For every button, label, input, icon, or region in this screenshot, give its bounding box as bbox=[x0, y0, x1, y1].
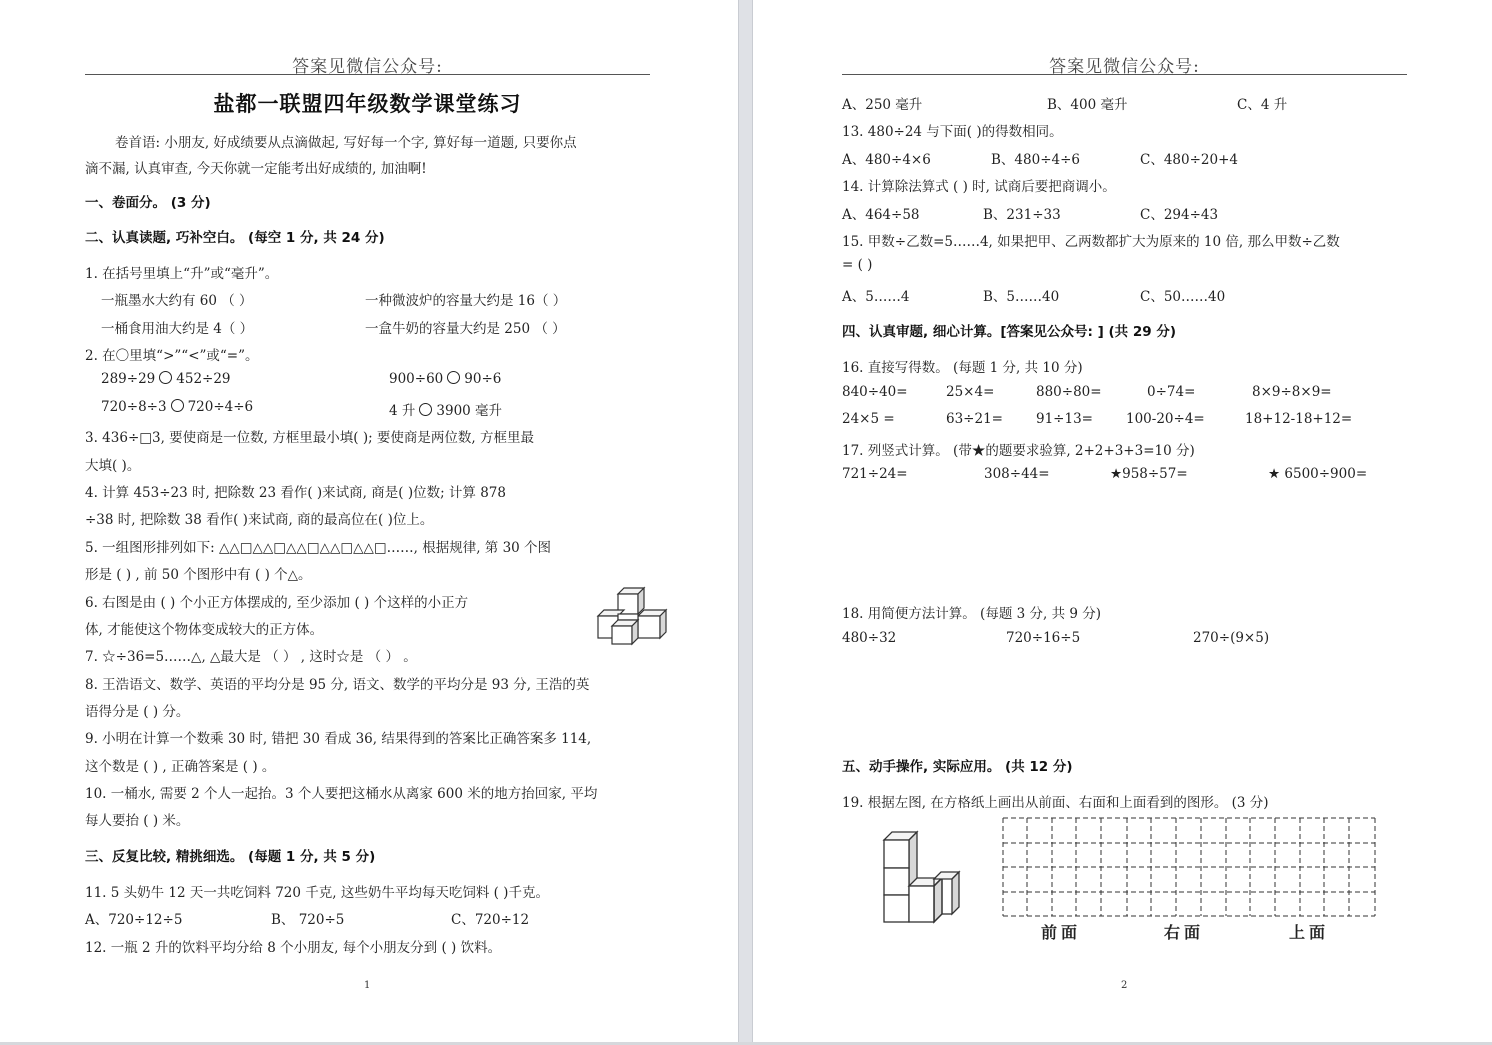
question-text: 6. 右图是由 ( ) 个小正方体摆成的, 至少添加 ( ) 个这样的小正方 bbox=[85, 591, 468, 611]
header-rule bbox=[85, 74, 650, 75]
question-stem: 2. 在〇里填“>”“<”或“=”。 bbox=[85, 344, 259, 364]
intro-text: 卷首语: 小朋友, 好成绩要从点滴做起, 写好每一个字, 算好每一道题, 只要你… bbox=[115, 131, 577, 151]
header-rule bbox=[842, 74, 1407, 75]
section-heading: 三、反复比较, 精挑细选。 (每题 1 分, 共 5 分) bbox=[85, 845, 375, 865]
question-text: 每人要抬 ( ) 米。 bbox=[85, 809, 189, 829]
question-stem: 11. 5 头奶牛 12 天一共吃饲料 720 千克, 这些奶牛平均每天吃饲料 … bbox=[85, 881, 549, 901]
question-stem: 16. 直接写得数。 (每题 1 分, 共 10 分) bbox=[842, 356, 1083, 376]
compare-right: 3900 毫升 bbox=[436, 403, 502, 419]
question-stem: 14. 计算除法算式 ( ) 时, 试商后要把商调小。 bbox=[842, 175, 1116, 195]
question-text: 大填( )。 bbox=[85, 454, 140, 474]
compare-left: 4 升 bbox=[389, 403, 415, 419]
document-page-2: 答案见微信公众号: A、250 毫升 B、400 毫升 C、4 升 13. 48… bbox=[753, 0, 1492, 1042]
fill-blank-item: 一种微波炉的容量大约是 16（ ） bbox=[365, 289, 566, 309]
question-text: 5. 一组图形排列如下: △△□△△□△△□△△□△△□……, 根据规律, 第 … bbox=[85, 536, 551, 556]
question-text: 体, 才能使这个物体变成较大的正方体。 bbox=[85, 618, 323, 638]
option-a: A、464÷58 bbox=[842, 203, 920, 223]
fill-blank-item: 一瓶墨水大约有 60 （ ） bbox=[101, 289, 253, 309]
section-heading: 二、认真读题, 巧补空白。 (每空 1 分, 共 24 分) bbox=[85, 226, 385, 246]
calc-item: 25×4= bbox=[946, 384, 994, 400]
calc-item: 721÷24= bbox=[842, 466, 908, 482]
question-stem: 19. 根据左图, 在方格纸上画出从前面、右面和上面看到的图形。 (3 分) bbox=[842, 791, 1269, 811]
calc-item: 63÷21= bbox=[946, 411, 1003, 427]
calc-item: ★ 6500÷900= bbox=[1268, 466, 1367, 482]
calc-item: 720÷16÷5 bbox=[1006, 630, 1080, 646]
compare-right: 452÷29 bbox=[176, 371, 230, 387]
cubes-figure-icon bbox=[881, 830, 961, 925]
question-stem: 1. 在括号里填上“升”或“毫升”。 bbox=[85, 262, 278, 282]
option-b: B、480÷4÷6 bbox=[991, 148, 1080, 168]
question-text: 语得分是 ( ) 分。 bbox=[85, 700, 189, 720]
question-text: 3. 436÷□3, 要使商是一位数, 方框里最小填( ); 要使商是两位数, … bbox=[85, 426, 534, 446]
grid-label-top: 上面 bbox=[1289, 920, 1329, 943]
cubes-figure-icon bbox=[592, 584, 672, 646]
circle-blank-icon bbox=[171, 399, 184, 412]
calc-item: 308÷44= bbox=[984, 466, 1050, 482]
option-c: C、294÷43 bbox=[1140, 203, 1218, 223]
question-stem: 15. 甲数÷乙数=5……4, 如果把甲、乙两数都扩大为原来的 10 倍, 那么… bbox=[842, 230, 1340, 250]
section-heading: 五、动手操作, 实际应用。 (共 12 分) bbox=[842, 755, 1073, 775]
compare-item: 720÷8÷3720÷4÷6 bbox=[101, 399, 253, 415]
question-text: 8. 王浩语文、数学、英语的平均分是 95 分, 语文、数学的平均分是 93 分… bbox=[85, 673, 589, 693]
option-c: C、50……40 bbox=[1140, 285, 1225, 305]
option-a: A、480÷4×6 bbox=[842, 148, 931, 168]
compare-item: 4 升3900 毫升 bbox=[389, 399, 502, 419]
fill-blank-item: 一桶食用油大约是 4（ ） bbox=[101, 317, 253, 337]
option-c: C、720÷12 bbox=[451, 908, 529, 928]
compare-left: 900÷60 bbox=[389, 371, 443, 387]
compare-item: 289÷29452÷29 bbox=[101, 371, 231, 387]
grid-label-right: 右面 bbox=[1164, 920, 1204, 943]
compare-right: 90÷6 bbox=[464, 371, 501, 387]
calc-item: 880÷80= bbox=[1036, 384, 1102, 400]
compare-item: 900÷6090÷6 bbox=[389, 371, 501, 387]
option-b: B、231÷33 bbox=[983, 203, 1061, 223]
option-a: A、250 毫升 bbox=[842, 93, 922, 113]
calc-item: 100-20÷4= bbox=[1126, 411, 1205, 427]
section-heading: 一、卷面分。 (3 分) bbox=[85, 191, 211, 211]
question-text: 这个数是 ( ) , 正确答案是 ( ) 。 bbox=[85, 755, 275, 775]
circle-blank-icon bbox=[159, 371, 172, 384]
compare-left: 720÷8÷3 bbox=[101, 399, 167, 415]
section-heading: 四、认真审题, 细心计算。[答案见公众号: ] (共 29 分) bbox=[842, 320, 1176, 340]
calc-item: 270÷(9×5) bbox=[1193, 630, 1269, 646]
grid-label-front: 前面 bbox=[1041, 920, 1081, 943]
compare-left: 289÷29 bbox=[101, 371, 155, 387]
page-number: 2 bbox=[1121, 980, 1127, 991]
question-stem: 18. 用简便方法计算。 (每题 3 分, 共 9 分) bbox=[842, 602, 1101, 622]
page-gutter bbox=[738, 0, 753, 1045]
question-stem: 12. 一瓶 2 升的饮料平均分给 8 个小朋友, 每个小朋友分到 ( ) 饮料… bbox=[85, 936, 501, 956]
option-a: A、720÷12÷5 bbox=[85, 908, 182, 928]
page-title: 盐都一联盟四年级数学课堂练习 bbox=[85, 88, 650, 118]
question-stem: 17. 列竖式计算。 (带★的题要求验算, 2+2+3+3=10 分) bbox=[842, 439, 1195, 459]
option-c: C、480÷20+4 bbox=[1140, 148, 1238, 168]
question-stem: 13. 480÷24 与下面( )的得数相同。 bbox=[842, 120, 1063, 140]
question-text: 形是 ( ) , 前 50 个图形中有 ( ) 个△。 bbox=[85, 563, 312, 583]
calc-item: 18+12-18+12= bbox=[1245, 411, 1352, 427]
question-text: ÷38 时, 把除数 38 看作( )来试商, 商的最高位在( )位上。 bbox=[85, 508, 433, 528]
option-b: B、400 毫升 bbox=[1047, 93, 1127, 113]
option-b: B、 720÷5 bbox=[271, 908, 344, 928]
calc-item: 8×9÷8×9= bbox=[1252, 384, 1332, 400]
calc-item: 24×5 = bbox=[842, 411, 895, 427]
question-text: 10. 一桶水, 需要 2 个人一起抬。3 个人要把这桶水从离家 600 米的地… bbox=[85, 782, 597, 802]
intro-text: 滴不漏, 认真审查, 今天你就一定能考出好成绩的, 加油啊! bbox=[85, 157, 427, 177]
question-stem: = ( ) bbox=[842, 257, 872, 273]
option-b: B、5……40 bbox=[983, 285, 1059, 305]
circle-blank-icon bbox=[447, 371, 460, 384]
question-text: 7. ☆÷36=5……△, △最大是 （ ） , 这时☆是 （ ） 。 bbox=[85, 645, 417, 665]
circle-blank-icon bbox=[419, 403, 432, 416]
question-text: 9. 小明在计算一个数乘 30 时, 错把 30 看成 36, 结果得到的答案比… bbox=[85, 727, 591, 747]
grid-paper[interactable] bbox=[1001, 816, 1377, 920]
calc-item: ★958÷57= bbox=[1110, 466, 1188, 482]
option-a: A、5……4 bbox=[842, 285, 909, 305]
calc-item: 0÷74= bbox=[1147, 384, 1195, 400]
calc-item: 840÷40= bbox=[842, 384, 908, 400]
compare-right: 720÷4÷6 bbox=[188, 399, 254, 415]
question-text: 4. 计算 453÷23 时, 把除数 23 看作( )来试商, 商是( )位数… bbox=[85, 481, 506, 501]
calc-item: 91÷13= bbox=[1036, 411, 1093, 427]
page-number: 1 bbox=[364, 980, 370, 991]
document-page-1: 答案见微信公众号: 盐都一联盟四年级数学课堂练习 卷首语: 小朋友, 好成绩要从… bbox=[0, 0, 738, 1042]
calc-item: 480÷32 bbox=[842, 630, 896, 646]
option-c: C、4 升 bbox=[1237, 93, 1287, 113]
fill-blank-item: 一盒牛奶的容量大约是 250 （ ） bbox=[365, 317, 566, 337]
